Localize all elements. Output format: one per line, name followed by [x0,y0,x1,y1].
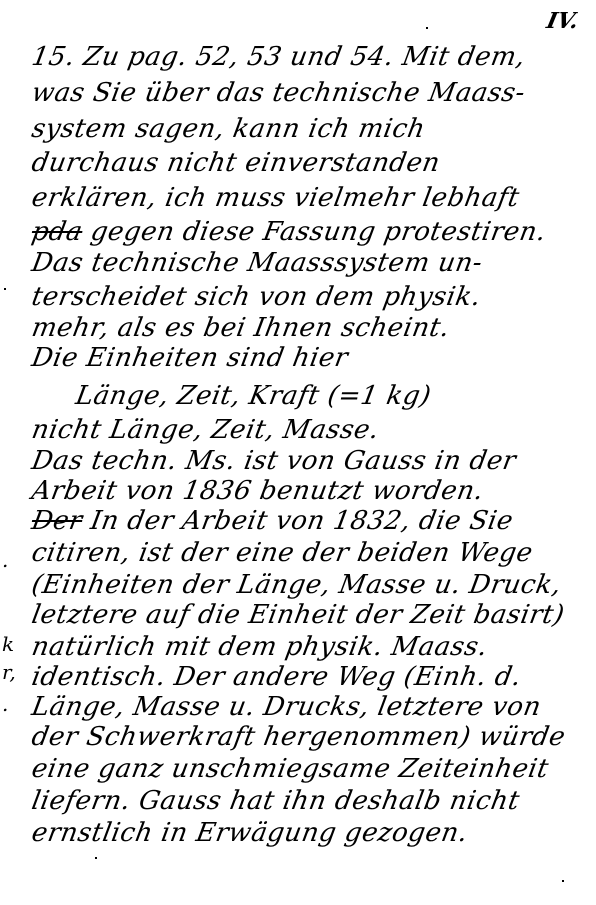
manuscript-line: was Sie über das technische Maass- [30,80,528,106]
margin-mark: r, [2,660,16,684]
manuscript-line: Länge, Zeit, Kraft (=1 kg) [74,383,433,409]
manuscript-page: IV. 15. Zu pag. 52, 53 und 54. Mit dem, … [0,0,596,905]
line-text: gegen diese Fassung protestiren. [88,217,548,247]
manuscript-line: nicht Länge, Zeit, Masse. [30,417,381,443]
manuscript-line: citiren, ist der eine der beiden Wege [30,540,535,566]
manuscript-line: identisch. Der andere Weg (Einh. d. [30,664,524,690]
manuscript-line: mehr, als es bei Ihnen scheint. [30,315,452,341]
ink-speck [562,880,564,882]
manuscript-line: ernstlich in Erwägung gezogen. [30,820,470,846]
manuscript-line: Der In der Arbeit von 1832, die Sie [30,508,515,534]
ink-speck [426,27,428,29]
struck-text: pda [29,217,85,247]
manuscript-line: erklären, ich muss vielmehr lebhaft [30,185,522,211]
manuscript-line: system sagen, kann ich mich [30,116,428,142]
manuscript-line: Das technische Maasssystem un- [30,250,485,276]
margin-mark: . [2,548,8,572]
margin-mark: k [2,632,14,656]
ink-speck [95,857,97,859]
struck-text: Der [29,506,84,536]
manuscript-line: Länge, Masse u. Drucks, letztere von [30,694,543,720]
manuscript-line: durchaus nicht einverstanden [30,150,442,176]
manuscript-line: Arbeit von 1836 benutzt worden. [30,478,486,504]
manuscript-line: liefern. Gauss hat ihn deshalb nicht [30,788,522,814]
manuscript-line: natürlich mit dem physik. Maass. [30,634,490,660]
manuscript-line: der Schwerkraft hergenommen) würde [30,724,568,750]
manuscript-line: terscheidet sich von dem physik. [30,284,483,310]
ink-speck [4,288,6,290]
page-number: IV. [544,8,581,34]
manuscript-line: 15. Zu pag. 52, 53 und 54. Mit dem, [30,44,528,70]
line-text: In der Arbeit von 1832, die Sie [88,506,515,536]
margin-mark: . [2,692,8,716]
manuscript-line: pda gegen diese Fassung protestiren. [30,219,548,245]
manuscript-line: letztere auf die Einheit der Zeit basirt… [30,602,567,628]
manuscript-line: eine ganz unschmiegsame Zeiteinheit [30,756,551,782]
manuscript-line: Die Einheiten sind hier [30,345,350,371]
manuscript-line: Das techn. Ms. ist von Gauss in der [30,448,518,474]
manuscript-line: (Einheiten der Länge, Masse u. Druck, [30,572,564,598]
